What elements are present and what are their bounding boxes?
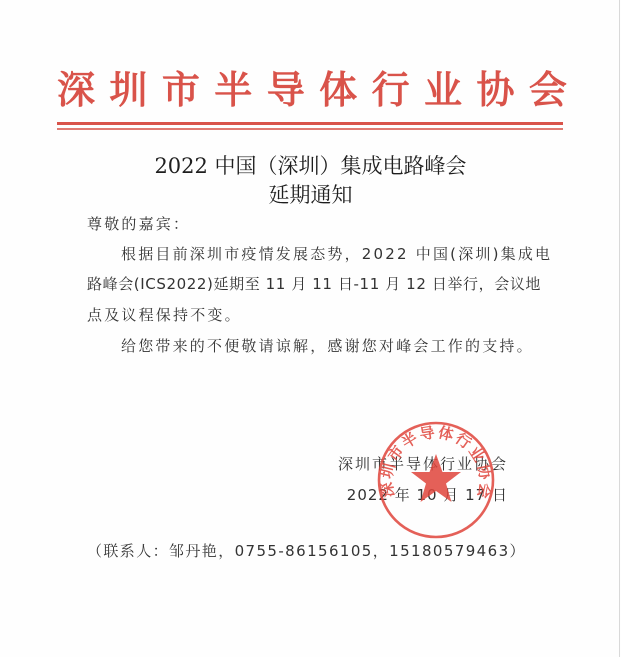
letterhead-char: 导 [266,68,306,112]
official-seal-stamp: 深圳市半导体行业协会 [376,420,496,540]
star-icon [411,454,461,502]
letterhead-char: 半 [213,68,253,112]
letterhead-rule-thick [57,122,563,125]
letterhead-rule-thin [57,128,563,130]
paragraph1-line2: 路峰会(ICS2022)延期至 11 月 11 日-11 月 12 日举行，会议… [87,273,547,294]
letterhead-char: 会 [528,68,568,112]
paragraph1-line1: 根据目前深圳市疫情发展态势，2022 中国(深圳)集成电 [121,243,581,264]
salutation: 尊敬的嘉宾： [87,213,547,234]
paragraph1-line3: 点及议程保持不变。 [87,304,547,325]
document-title-line1: 2022 中国（深圳）集成电路峰会 [0,150,621,180]
letterhead-char: 行 [371,68,411,112]
document-page: 深 圳 市 半 导 体 行 业 协 会 2022 中国（深圳）集成电路峰会 延期… [0,0,621,657]
letterhead: 深 圳 市 半 导 体 行 业 协 会 [56,68,568,112]
page-edge [619,0,620,657]
contact-info: （联系人：邹丹艳，0755-86156105，15180579463） [87,540,526,561]
letterhead-char: 体 [318,68,358,112]
letterhead-char: 协 [476,68,516,112]
document-title-line2: 延期通知 [0,179,621,209]
paragraph2-line1: 给您带来的不便敬请谅解，感谢您对峰会工作的支持。 [121,335,581,356]
letterhead-char: 深 [56,68,96,112]
letterhead-char: 圳 [108,68,148,112]
letterhead-char: 市 [161,68,201,112]
letterhead-char: 业 [423,68,463,112]
